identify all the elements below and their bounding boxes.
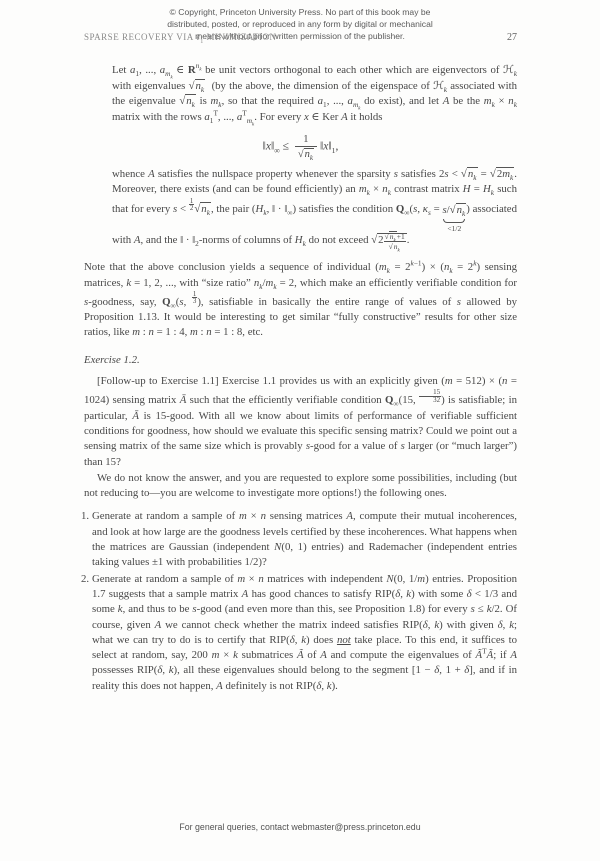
paragraph-followup: [Follow-up to Exercise 1.1] Exercise 1.1… [84, 374, 517, 470]
paragraph-whence: whence A satisfies the nullspace propert… [112, 167, 517, 251]
list-item: 1. Generate at random a sample of m × n … [81, 509, 517, 570]
copyright-line-2: distributed, posted, or reproduced in an… [0, 18, 600, 30]
numbered-list: 1. Generate at random a sample of m × n … [84, 509, 517, 694]
list-item: 2. Generate at random a sample of m × n … [81, 572, 517, 694]
exercise-heading: Exercise 1.2. [84, 353, 517, 368]
paragraph-answer: We do not know the answer, and you are r… [84, 471, 517, 502]
display-equation: ‖x‖∞ ≤ 1√nk‖x‖1, [84, 133, 517, 161]
list-item-number: 2. [81, 572, 90, 694]
page-number: 27 [507, 32, 517, 43]
paragraph-note: Note that the above conclusion yields a … [84, 260, 517, 340]
copyright-line-1: © Copyright, Princeton University Press.… [0, 6, 600, 18]
page-body: Let a1, ..., amk ∈ Rnk be unit vectors o… [84, 63, 517, 694]
running-title: SPARSE RECOVERY VIA ℓ1 MINIMIZATION [84, 32, 277, 42]
derivation-block: Let a1, ..., amk ∈ Rnk be unit vectors o… [112, 63, 517, 251]
footer-note: For general queries, contact webmaster@p… [0, 822, 600, 832]
list-item-text: Generate at random a sample of m × n mat… [92, 572, 517, 694]
paragraph-let: Let a1, ..., amk ∈ Rnk be unit vectors o… [112, 63, 517, 125]
book-page: © Copyright, Princeton University Press.… [0, 0, 600, 861]
running-head: SPARSE RECOVERY VIA ℓ1 MINIMIZATION 27 [84, 32, 517, 43]
list-item-number: 1. [81, 509, 90, 570]
list-item-text: Generate at random a sample of m × n sen… [92, 509, 517, 570]
